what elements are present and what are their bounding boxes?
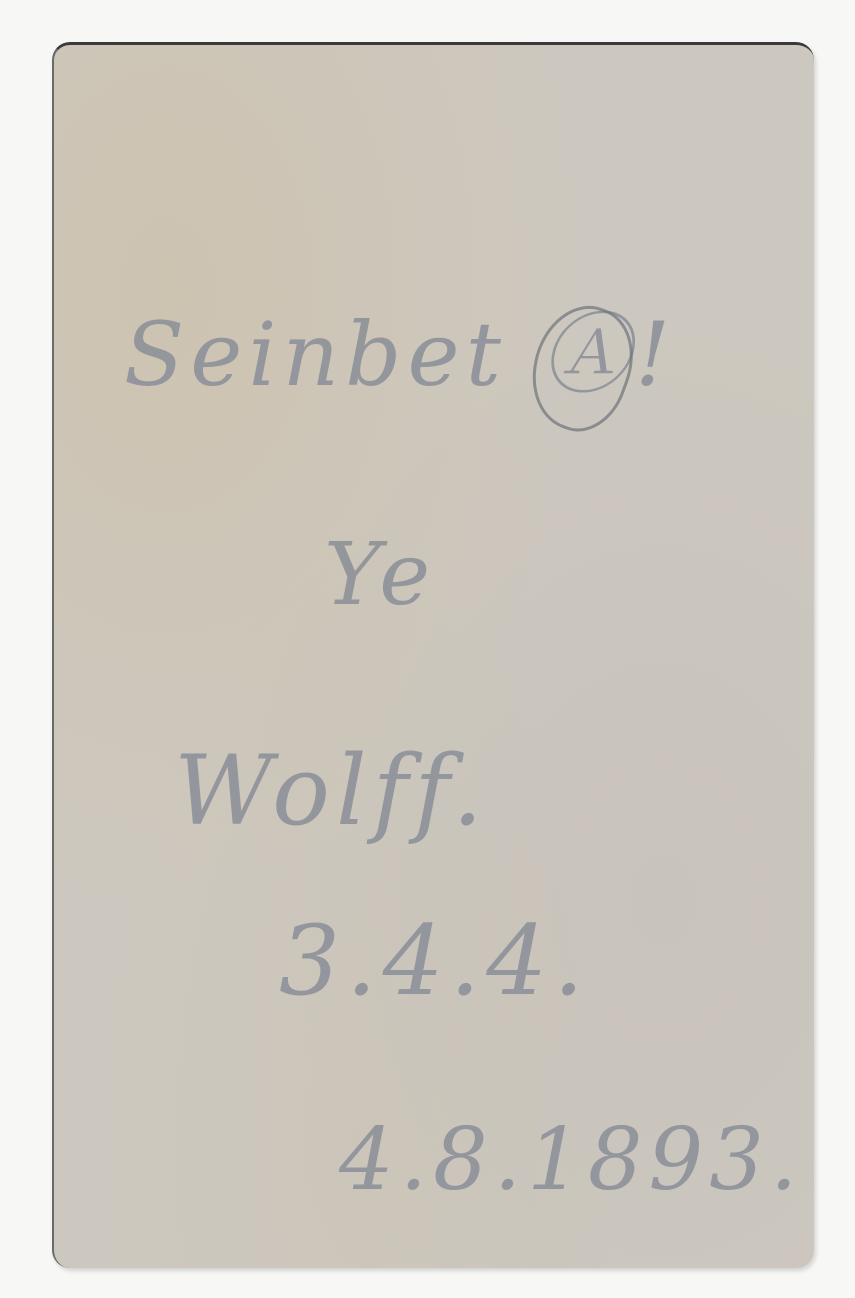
handwritten-line-2: Ye (324, 525, 436, 625)
card-back: Seinbet Ⓐ! Ye Wolff. 3.4.4. 4.8.1893. (52, 42, 814, 1268)
handwritten-line-3: Wolff. (174, 735, 489, 847)
handwritten-line-4: 3.4.4. (279, 905, 590, 1017)
handwritten-date: 4.8.1893. (339, 1110, 803, 1210)
